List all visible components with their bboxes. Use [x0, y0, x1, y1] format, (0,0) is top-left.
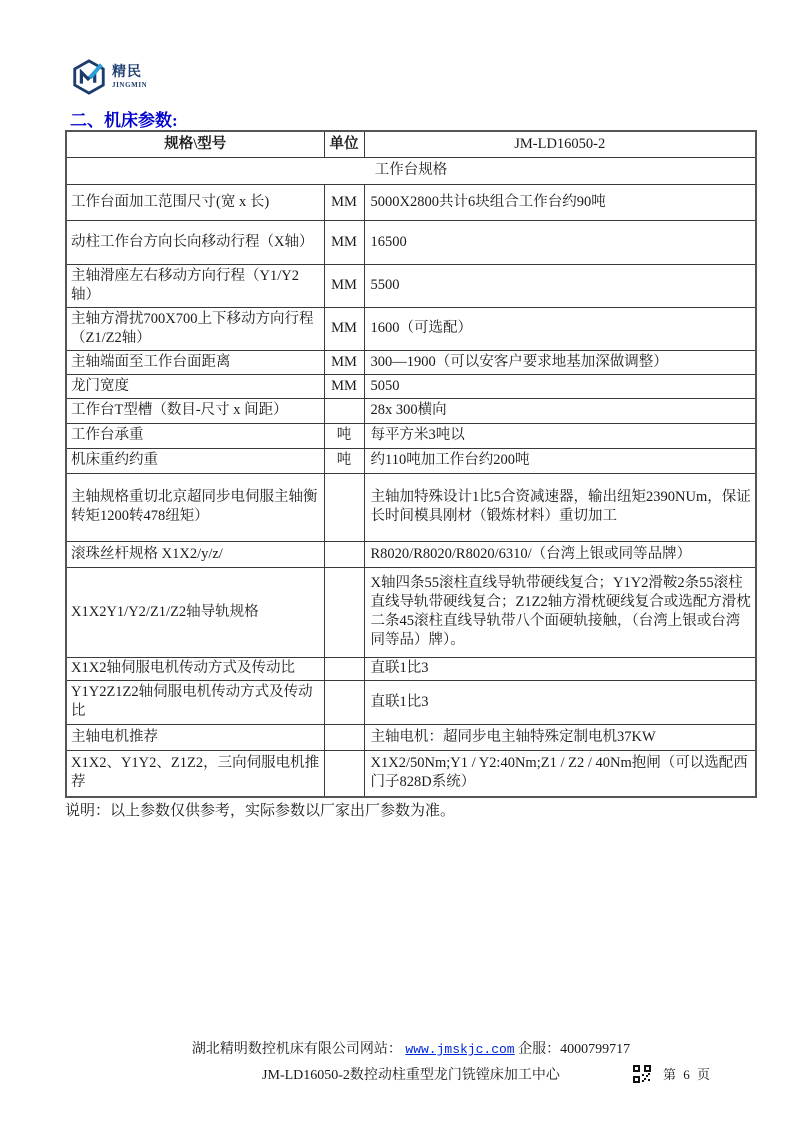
footer-product-line: JM-LD16050-2数控动柱重型龙门铣镗床加工中心 第 6 页 — [65, 1064, 757, 1084]
row-unit: 吨 — [324, 448, 364, 473]
table-header-row: 规格\型号 单位 JM-LD16050-2 — [66, 131, 756, 157]
footer-contact-line: 湖北精明数控机床有限公司网站： www.jmskjc.com 企服：400079… — [65, 1038, 757, 1058]
row-label: Y1Y2Z1Z2轴伺服电机传动方式及传动比 — [66, 680, 324, 724]
row-value: X1X2/50Nm;Y1 / Y2:40Nm;Z1 / Z2 / 40Nm抱闸（… — [364, 750, 756, 797]
row-value: 约110吨加工作台约200吨 — [364, 448, 756, 473]
footer-service-phone: 企服：4000799717 — [518, 1042, 630, 1057]
row-label: 工作台T型槽（数目-尺寸 x 间距） — [66, 398, 324, 423]
row-unit — [324, 750, 364, 797]
row-unit: MM — [324, 350, 364, 374]
table-row: 主轴规格重切北京超同步电伺服主轴衡转矩1200转478纽矩） 主轴加特殊设计1比… — [66, 473, 756, 541]
footer-product-title: JM-LD16050-2数控动柱重型龙门铣镗床加工中心 — [262, 1068, 560, 1083]
jingmin-hexagon-m-logo-icon — [70, 58, 108, 96]
header-spec-model: 规格\型号 — [66, 131, 324, 157]
row-unit — [324, 680, 364, 724]
row-value: 1600（可选配） — [364, 307, 756, 350]
table-row: 龙门宽度 MM 5050 — [66, 374, 756, 398]
row-unit: MM — [324, 264, 364, 307]
section-title: 工作台规格 — [66, 157, 756, 184]
table-row: 工作台T型槽（数目-尺寸 x 间距） 28x 300横向 — [66, 398, 756, 423]
row-value: X轴四条55滚柱直线导轨带硬线复合；Y1Y2滑鞍2条55滚柱直线导轨带硬线复合；… — [364, 567, 756, 657]
website-link[interactable]: www.jmskjc.com — [405, 1042, 514, 1057]
header-model-number: JM-LD16050-2 — [364, 131, 756, 157]
table-row: 主轴电机推荐 主轴电机：超同步电主轴特殊定制电机37KW — [66, 724, 756, 750]
header-unit: 单位 — [324, 131, 364, 157]
row-value: 5000X2800共计6块组合工作台约90吨 — [364, 184, 756, 220]
row-label: 主轴方滑扰700X700上下移动方向行程（Z1/Z2轴） — [66, 307, 324, 350]
table-section-row: 工作台规格 — [66, 157, 756, 184]
row-unit: MM — [324, 374, 364, 398]
row-value: 5500 — [364, 264, 756, 307]
table-row: Y1Y2Z1Z2轴伺服电机传动方式及传动比 直联1比3 — [66, 680, 756, 724]
row-value: 每平方米3吨以 — [364, 423, 756, 448]
row-label: 工作台承重 — [66, 423, 324, 448]
table-row: X1X2Y1/Y2/Z1/Z2轴导轨规格 X轴四条55滚柱直线导轨带硬线复合；Y… — [66, 567, 756, 657]
row-label: 龙门宽度 — [66, 374, 324, 398]
row-value: 16500 — [364, 220, 756, 264]
section-heading: 二、机床参数: — [70, 106, 178, 131]
table-row: 主轴滑座左右移动方向行程（Y1/Y2轴） MM 5500 — [66, 264, 756, 307]
page-footer: 湖北精明数控机床有限公司网站： www.jmskjc.com 企服：400079… — [65, 1038, 757, 1084]
row-value: 主轴电机：超同步电主轴特殊定制电机37KW — [364, 724, 756, 750]
row-label: 主轴滑座左右移动方向行程（Y1/Y2轴） — [66, 264, 324, 307]
page-number: 第 6 页 — [663, 1064, 712, 1083]
row-label: 机床重约约重 — [66, 448, 324, 473]
row-unit — [324, 473, 364, 541]
row-unit: MM — [324, 220, 364, 264]
row-label: X1X2、Y1Y2、Z1Z2，三向伺服电机推荐 — [66, 750, 324, 797]
machine-parameters-table: 规格\型号 单位 JM-LD16050-2 工作台规格 工作台面加工范围尺寸(宽… — [65, 130, 757, 798]
table-row: 工作台承重 吨 每平方米3吨以 — [66, 423, 756, 448]
row-label: 动柱工作台方向长向移动行程（X轴） — [66, 220, 324, 264]
row-unit — [324, 657, 364, 680]
row-value: 主轴加特殊设计1比5合资减速器，输出纽矩2390NUm，保证长时间模具刚材（锻炼… — [364, 473, 756, 541]
row-unit — [324, 724, 364, 750]
row-unit: 吨 — [324, 423, 364, 448]
logo-brand-cn: 精民 — [112, 66, 147, 80]
row-unit — [324, 398, 364, 423]
row-value: R8020/R8020/R8020/6310/（台湾上银或同等品牌） — [364, 541, 756, 567]
row-unit — [324, 541, 364, 567]
row-value: 28x 300横向 — [364, 398, 756, 423]
qr-code-icon — [633, 1065, 651, 1083]
row-label: 主轴规格重切北京超同步电伺服主轴衡转矩1200转478纽矩） — [66, 473, 324, 541]
row-value: 300—1900（可以安客户要求地基加深做调整） — [364, 350, 756, 374]
row-value: 5050 — [364, 374, 756, 398]
row-value: 直联1比3 — [364, 680, 756, 724]
row-value: 直联1比3 — [364, 657, 756, 680]
row-unit — [324, 567, 364, 657]
disclaimer-note: 说明：以上参数仅供参考，实际参数以厂家出厂参数为准。 — [65, 799, 455, 820]
row-label: X1X2轴伺服电机传动方式及传动比 — [66, 657, 324, 680]
table-row: 动柱工作台方向长向移动行程（X轴） MM 16500 — [66, 220, 756, 264]
row-label: 主轴电机推荐 — [66, 724, 324, 750]
row-label: X1X2Y1/Y2/Z1/Z2轴导轨规格 — [66, 567, 324, 657]
row-unit: MM — [324, 184, 364, 220]
row-unit: MM — [324, 307, 364, 350]
table-row: 机床重约约重 吨 约110吨加工作台约200吨 — [66, 448, 756, 473]
company-logo: 精民 JINGMIN — [70, 58, 147, 96]
table-row: X1X2轴伺服电机传动方式及传动比 直联1比3 — [66, 657, 756, 680]
row-label: 工作台面加工范围尺寸(宽 x 长) — [66, 184, 324, 220]
footer-company-prefix: 湖北精明数控机床有限公司网站： — [192, 1042, 402, 1057]
table-row: X1X2、Y1Y2、Z1Z2，三向伺服电机推荐 X1X2/50Nm;Y1 / Y… — [66, 750, 756, 797]
page-number-block: 第 6 页 — [633, 1064, 712, 1083]
table-row: 主轴方滑扰700X700上下移动方向行程（Z1/Z2轴） MM 1600（可选配… — [66, 307, 756, 350]
table-row: 滚珠丝杆规格 X1X2/y/z/ R8020/R8020/R8020/6310/… — [66, 541, 756, 567]
document-page: 精民 JINGMIN 二、机床参数: 规格\型号 单位 JM-LD16050-2… — [0, 0, 800, 1133]
logo-brand-en: JINGMIN — [112, 82, 147, 89]
row-label: 主轴端面至工作台面距离 — [66, 350, 324, 374]
table-row: 主轴端面至工作台面距离 MM 300—1900（可以安客户要求地基加深做调整） — [66, 350, 756, 374]
table-row: 工作台面加工范围尺寸(宽 x 长) MM 5000X2800共计6块组合工作台约… — [66, 184, 756, 220]
row-label: 滚珠丝杆规格 X1X2/y/z/ — [66, 541, 324, 567]
